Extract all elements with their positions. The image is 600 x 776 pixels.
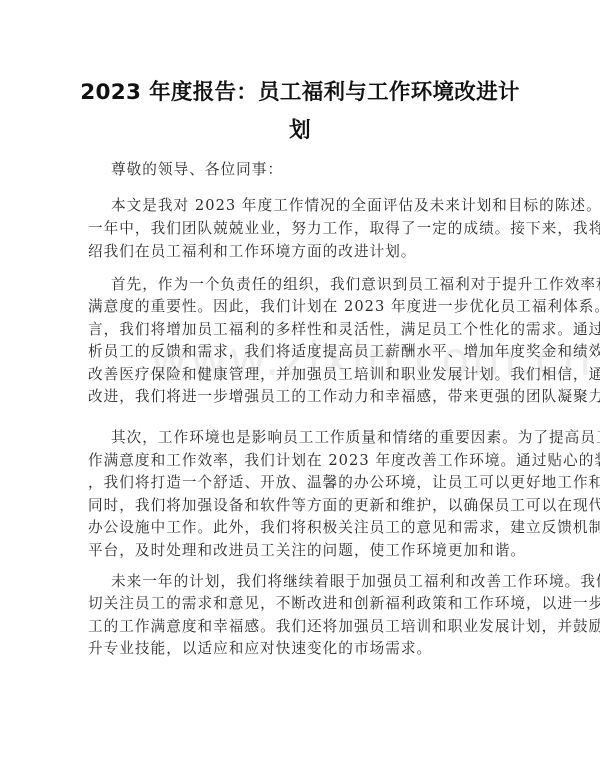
paragraph-line: 满意度的重要性。因此，我们计划在 2023 年度进一步优化员工福利体系。具体而 (88, 297, 518, 317)
paragraph-line: 升专业技能，以适应和应对快速变化的市场需求。 (88, 639, 518, 659)
paragraph-line: 析员工的反馈和需求，我们将适度提高员工薪酬水平、增加年度奖金和绩效奖励、 (88, 342, 518, 362)
greeting: 尊敬的领导、各位同事： (111, 160, 541, 180)
paragraph-line: ，我们将打造一个舒适、开放、温馨的办公环境，让员工可以更好地工作和交流。 (88, 473, 518, 493)
paragraph-line: 首先，作为一个负责任的组织，我们意识到员工福利对于提升工作效率和员工 (111, 275, 541, 295)
paragraph-line: 平台，及时处理和改进员工关注的问题，使工作环境更加和谐。 (88, 541, 518, 561)
paragraph-line: 改进，我们将进一步增强员工的工作动力和幸福感，带来更强的团队凝聚力。 (88, 387, 518, 407)
paragraph-line: 改善医疗保险和健康管理，并加强员工培训和职业发展计划。我们相信，通过这些 (88, 365, 518, 385)
document-title-line-1: 2023 年度报告：员工福利与工作环境改进计 (0, 79, 600, 107)
document-page: www.zixin.com.cn 2023 年度报告：员工福利与工作环境改进计 … (0, 0, 600, 776)
paragraph-line: 绍我们在员工福利和工作环境方面的改进计划。 (88, 242, 518, 262)
paragraph-line: 言，我们将增加员工福利的多样性和灵活性，满足员工个性化的需求。通过综合分 (88, 320, 518, 340)
paragraph-line: 办公设施中工作。此外，我们将积极关注员工的意见和需求，建立反馈机制和沟通 (88, 518, 518, 538)
paragraph-line: 同时，我们将加强设备和软件等方面的更新和维护，以确保员工可以在现代高效的 (88, 496, 518, 516)
paragraph-line: 切关注员工的需求和意见，不断改进和创新福利政策和工作环境，以进一步提升员 (88, 594, 518, 614)
paragraph-line: 工的工作满意度和幸福感。我们还将加强员工培训和职业发展计划，并鼓励员工提 (88, 617, 518, 637)
document-title-line-2: 划 (0, 117, 600, 145)
paragraph-line: 其次，工作环境也是影响员工工作质量和情绪的重要因素。为了提高员工的工 (111, 428, 541, 448)
paragraph-line: 作满意度和工作效率，我们计划在 2023 年度改善工作环境。通过贴心的装修设计 (88, 451, 518, 471)
paragraph-line: 未来一年的计划，我们将继续着眼于加强员工福利和改善工作环境。我们将密 (111, 572, 541, 592)
paragraph-line: 本文是我对 2023 年度工作情况的全面评估及未来计划和目标的陈述。在过去 (111, 196, 541, 216)
paragraph-line: 一年中，我们团队兢兢业业，努力工作，取得了一定的成绩。接下来，我将重点介 (88, 219, 518, 239)
